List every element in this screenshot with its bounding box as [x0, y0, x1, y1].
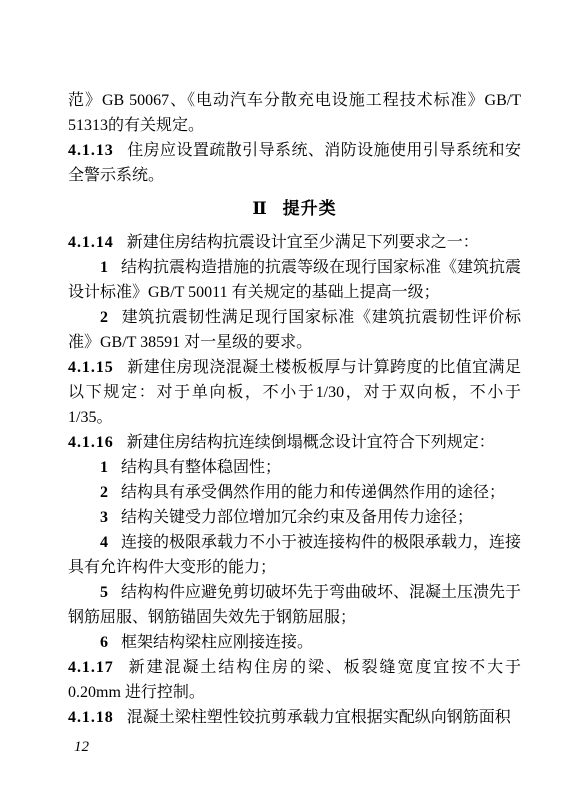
list-item-paragraph: 5结构构件应避免剪切破坏先于弯曲破坏、混凝土压溃先于钢筋屈服、钢筋锚固失效先于钢… [68, 580, 521, 630]
item-text: 结构抗震构造措施的抗震等级在现行国家标准《建筑抗震设计标准》GB/T 50011… [68, 259, 521, 301]
clause-text: 新建住房结构抗连续倒塌概念设计宜符合下列规定： [127, 434, 495, 451]
item-number: 5 [100, 584, 109, 601]
item-text: 建筑抗震韧性满足现行国家标准《建筑抗震韧性评价标准》GB/T 38591 对一星… [68, 309, 521, 351]
clause-number: 4.1.14 [68, 234, 114, 251]
list-item-paragraph: 1结构抗震构造措施的抗震等级在现行国家标准《建筑抗震设计标准》GB/T 5001… [68, 255, 521, 305]
paragraph-text: 范》GB 50067、《电动汽车分散充电设施工程技术标准》GB/T 51313的… [68, 92, 521, 134]
item-number: 6 [100, 634, 109, 651]
clause-text: 新建住房现浇混凝土楼板板厚与计算跨度的比值宜满足以下规定：对于单向板，不小于1/… [68, 359, 521, 426]
item-number: 2 [100, 309, 109, 326]
clause-text: 混凝土梁柱塑性铰抗剪承载力宜根据实配纵向钢筋面积 [127, 709, 511, 726]
item-text: 结构具有整体稳固性； [121, 459, 281, 476]
item-text: 结构具有承受偶然作用的能力和传递偶然作用的途径； [121, 484, 505, 501]
clause-paragraph: 4.1.17新建混凝土结构住房的梁、板裂缝宽度宜按不大于0.20mm 进行控制。 [68, 655, 521, 705]
clause-number: 4.1.18 [68, 709, 114, 726]
item-text: 连接的极限承载力不小于被连接构件的极限承载力，连接具有允许构件大变形的能力； [68, 534, 521, 576]
list-item-paragraph: 3结构关键受力部位增加冗余约束及备用传力途径； [68, 505, 521, 530]
clause-text: 新建住房结构抗震设计宜至少满足下列要求之一： [127, 234, 479, 251]
section-heading: Ⅱ提升类 [68, 196, 521, 221]
clause-paragraph: 4.1.13住房应设置疏散引导系统、消防设施使用引导系统和安全警示系统。 [68, 138, 521, 188]
page-number: 12 [68, 737, 521, 757]
clause-text: 新建混凝土结构住房的梁、板裂缝宽度宜按不大于0.20mm 进行控制。 [68, 659, 521, 701]
item-text: 结构关键受力部位增加冗余约束及备用传力途径； [121, 509, 473, 526]
clause-number: 4.1.17 [68, 659, 114, 676]
item-number: 3 [100, 509, 109, 526]
list-item-paragraph: 4连接的极限承载力不小于被连接构件的极限承载力，连接具有允许构件大变形的能力； [68, 530, 521, 580]
section-title: 提升类 [283, 199, 337, 218]
list-item-paragraph: 1结构具有整体稳固性； [68, 455, 521, 480]
item-number: 1 [100, 459, 109, 476]
section-numeral: Ⅱ [252, 199, 267, 218]
clause-paragraph: 4.1.14新建住房结构抗震设计宜至少满足下列要求之一： [68, 230, 521, 255]
clause-paragraph: 4.1.18混凝土梁柱塑性铰抗剪承载力宜根据实配纵向钢筋面积 [68, 705, 521, 730]
clause-text: 住房应设置疏散引导系统、消防设施使用引导系统和安全警示系统。 [68, 142, 521, 184]
item-number: 2 [100, 484, 109, 501]
item-text: 框架结构梁柱应刚接连接。 [121, 634, 313, 651]
item-text: 结构构件应避免剪切破坏先于弯曲破坏、混凝土压溃先于钢筋屈服、钢筋锚固失效先于钢筋… [68, 584, 521, 626]
clause-number: 4.1.16 [68, 434, 114, 451]
continuation-paragraph: 范》GB 50067、《电动汽车分散充电设施工程技术标准》GB/T 51313的… [68, 88, 521, 138]
document-body: 范》GB 50067、《电动汽车分散充电设施工程技术标准》GB/T 51313的… [68, 88, 521, 730]
clause-paragraph: 4.1.16新建住房结构抗连续倒塌概念设计宜符合下列规定： [68, 430, 521, 455]
item-number: 1 [100, 259, 109, 276]
standard-document-page: 范》GB 50067、《电动汽车分散充电设施工程技术标准》GB/T 51313的… [0, 0, 561, 804]
clause-number: 4.1.15 [68, 359, 114, 376]
list-item-paragraph: 6框架结构梁柱应刚接连接。 [68, 630, 521, 655]
clause-paragraph: 4.1.15新建住房现浇混凝土楼板板厚与计算跨度的比值宜满足以下规定：对于单向板… [68, 355, 521, 430]
list-item-paragraph: 2结构具有承受偶然作用的能力和传递偶然作用的途径； [68, 480, 521, 505]
clause-number: 4.1.13 [68, 142, 114, 159]
list-item-paragraph: 2建筑抗震韧性满足现行国家标准《建筑抗震韧性评价标准》GB/T 38591 对一… [68, 305, 521, 355]
item-number: 4 [100, 534, 109, 551]
